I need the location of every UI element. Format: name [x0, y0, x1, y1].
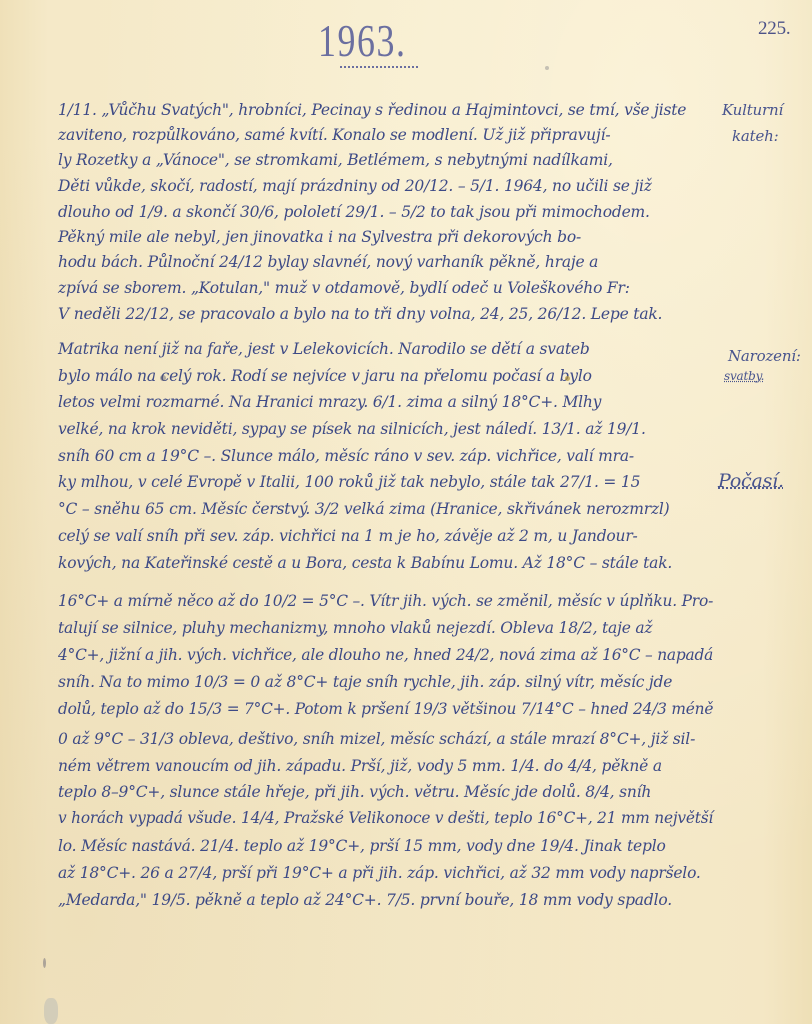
text-line: ném větrem vanoucím od jih. západu. Prší…	[58, 756, 662, 776]
text-line: hodu bách. Půlnoční 24/12 bylay slavnéí,…	[58, 252, 598, 272]
text-line: V neděli 22/12, se pracovalo a bylo na t…	[58, 304, 662, 324]
text-line: Děti vůkde, skočí, radostí, mají prázdni…	[58, 176, 652, 196]
text-line: talují se silnice, pluhy mechanizmy, mno…	[58, 618, 652, 638]
text-line: 16°C+ a mírně něco až do 10/2 = 5°C –. V…	[58, 591, 713, 611]
chronicle-page: 1963. 225. 1/11. „Vůčhu Svatých", hrobní…	[0, 0, 812, 1024]
text-line: sníh. Na to mimo 10/3 = 0 až 8°C+ taje s…	[58, 672, 672, 692]
margin-note-culture-cont: kateh:	[732, 127, 778, 145]
text-line: „Medarda," 19/5. pěkně a teplo až 24°C+.…	[58, 890, 672, 910]
page-number: 225.	[758, 18, 790, 40]
text-line: až 18°C+. 26 a 27/4, prší při 19°C+ a př…	[58, 863, 701, 883]
text-line: ly Rozetky a „Vánoce", se stromkami, Bet…	[58, 150, 613, 170]
paper-stain	[545, 66, 549, 70]
paper-stain	[565, 376, 570, 381]
text-line: °C – sněhu 65 cm. Měsíc čerstvý. 3/2 vel…	[58, 499, 670, 519]
margin-note-births: Narození:	[728, 347, 801, 365]
paper-stain	[160, 375, 166, 381]
text-line: celý se valí sníh při sev. záp. vichřici…	[58, 526, 638, 546]
text-line: zpívá se sborem. „Kotulan," muž v otdamo…	[58, 278, 630, 298]
paper-stain	[44, 998, 58, 1024]
year-heading-underline	[340, 66, 418, 68]
text-line: bylo málo na celý rok. Rodí se nejvíce v…	[58, 366, 592, 386]
text-line: zaviteno, rozpůlkováno, samé kvítí. Kona…	[58, 125, 610, 145]
text-line: dolů, teplo až do 15/3 = 7°C+. Potom k p…	[58, 699, 713, 719]
text-line: Pěkný mile ale nebyl, jen jinovatka i na…	[58, 227, 581, 247]
text-line: kových, na Kateřinské cestě a u Bora, ce…	[58, 553, 672, 573]
text-line: Matrika není již na faře, jest v Lelekov…	[58, 339, 590, 359]
text-line: sníh 60 cm a 19°C –. Slunce málo, měsíc …	[58, 446, 634, 466]
text-line: 4°C+, jižní a jih. vých. vichřice, ale d…	[58, 645, 713, 665]
text-line: ky mlhou, v celé Evropě v Italii, 100 ro…	[58, 472, 640, 492]
text-line: v horách vypadá všude. 14/4, Pražské Vel…	[58, 808, 713, 828]
text-line: 1/11. „Vůčhu Svatých", hrobníci, Pecinay…	[58, 100, 686, 120]
margin-note-weather: Počasí.	[718, 470, 784, 492]
text-line: 0 až 9°C – 31/3 obleva, deštivo, sníh mi…	[58, 729, 695, 749]
text-line: velké, na krok neviděti, sypay se písek …	[58, 419, 646, 439]
text-line: lo. Měsíc nastává. 21/4. teplo až 19°C+,…	[58, 836, 666, 856]
text-line: dlouho od 1/9. a skončí 30/6, pololetí 2…	[58, 202, 650, 222]
text-line: teplo 8–9°C+, slunce stále hřeje, při ji…	[58, 782, 651, 802]
paper-stain	[43, 958, 46, 968]
margin-note-weddings: svatby.	[724, 369, 764, 383]
text-line: letos velmi rozmarné. Na Hranici mrazy. …	[58, 392, 601, 412]
margin-note-culture: Kulturní	[722, 101, 783, 119]
year-heading: 1963.	[318, 14, 407, 67]
